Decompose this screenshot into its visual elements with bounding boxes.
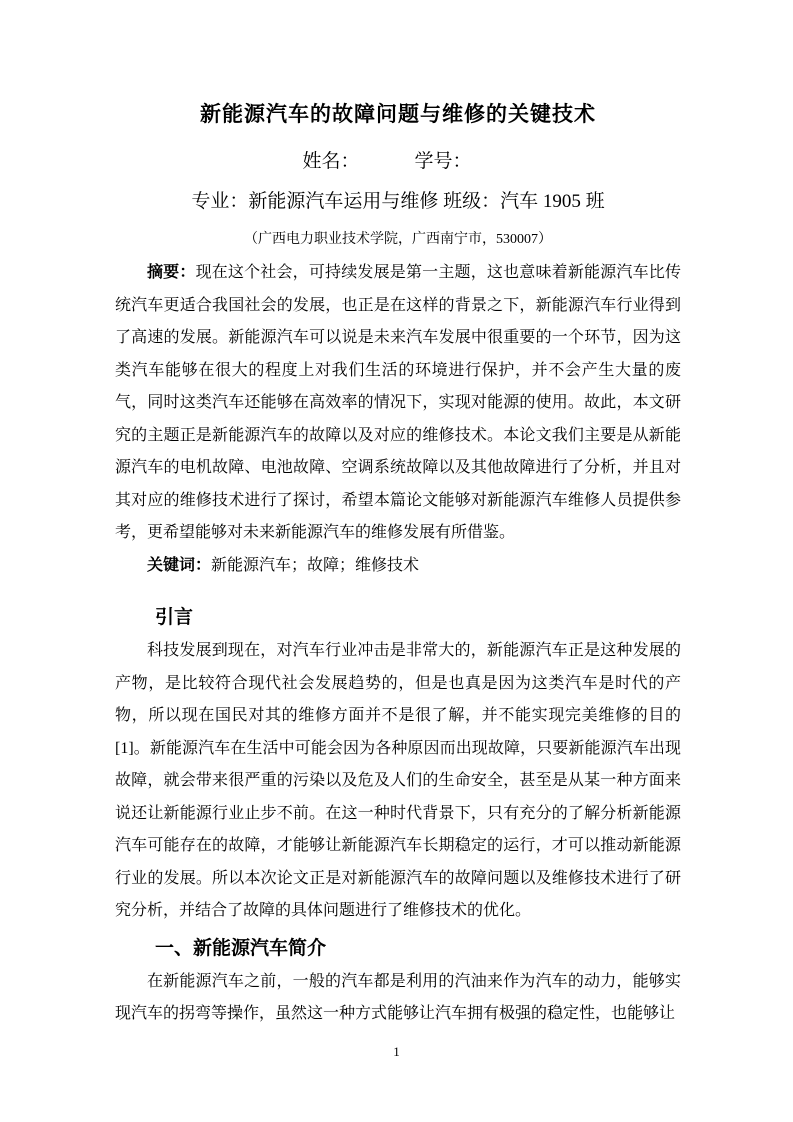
byline: 姓名：学号： xyxy=(115,142,681,182)
section-heading-introduction: 引言 xyxy=(115,603,681,633)
section-1-paragraph: 在新能源汽车之前，一般的汽车都是利用的汽油来作为汽车的动力，能够实现汽车的拐弯等… xyxy=(115,966,681,1031)
major-class-line: 专业：新能源汽车运用与维修 班级：汽车 1905 班 xyxy=(115,182,681,222)
paper-title: 新能源汽车的故障问题与维修的关键技术 xyxy=(115,0,681,131)
name-label: 姓名： xyxy=(302,151,359,172)
affiliation-line: （广西电力职业技术学院，广西南宁市，530007） xyxy=(115,222,681,257)
page-content: 新能源汽车的故障问题与维修的关键技术 姓名：学号： 专业：新能源汽车运用与维修 … xyxy=(0,0,793,1031)
page-number: 1 xyxy=(0,1044,793,1060)
introduction-paragraph: 科技发展到现在，对汽车行业冲击是非常大的，新能源汽车正是这种发展的产物，是比较符… xyxy=(115,635,681,928)
keywords-text: 新能源汽车；故障；维修技术 xyxy=(211,557,419,574)
section-heading-1: 一、新能源汽车简介 xyxy=(115,934,681,964)
student-id-label: 学号： xyxy=(415,151,472,172)
abstract-paragraph: 摘要：现在这个社会，可持续发展是第一主题，这也意味着新能源汽车比传统汽车更适合我… xyxy=(115,257,681,550)
document-page: 新能源汽车的故障问题与维修的关键技术 姓名：学号： 专业：新能源汽车运用与维修 … xyxy=(0,0,793,1122)
abstract-text: 现在这个社会，可持续发展是第一主题，这也意味着新能源汽车比传统汽车更适合我国社会… xyxy=(115,264,681,541)
abstract-label: 摘要： xyxy=(147,264,196,281)
keywords-label: 关键词： xyxy=(147,557,211,574)
keywords-paragraph: 关键词：新能源汽车；故障；维修技术 xyxy=(115,550,681,583)
